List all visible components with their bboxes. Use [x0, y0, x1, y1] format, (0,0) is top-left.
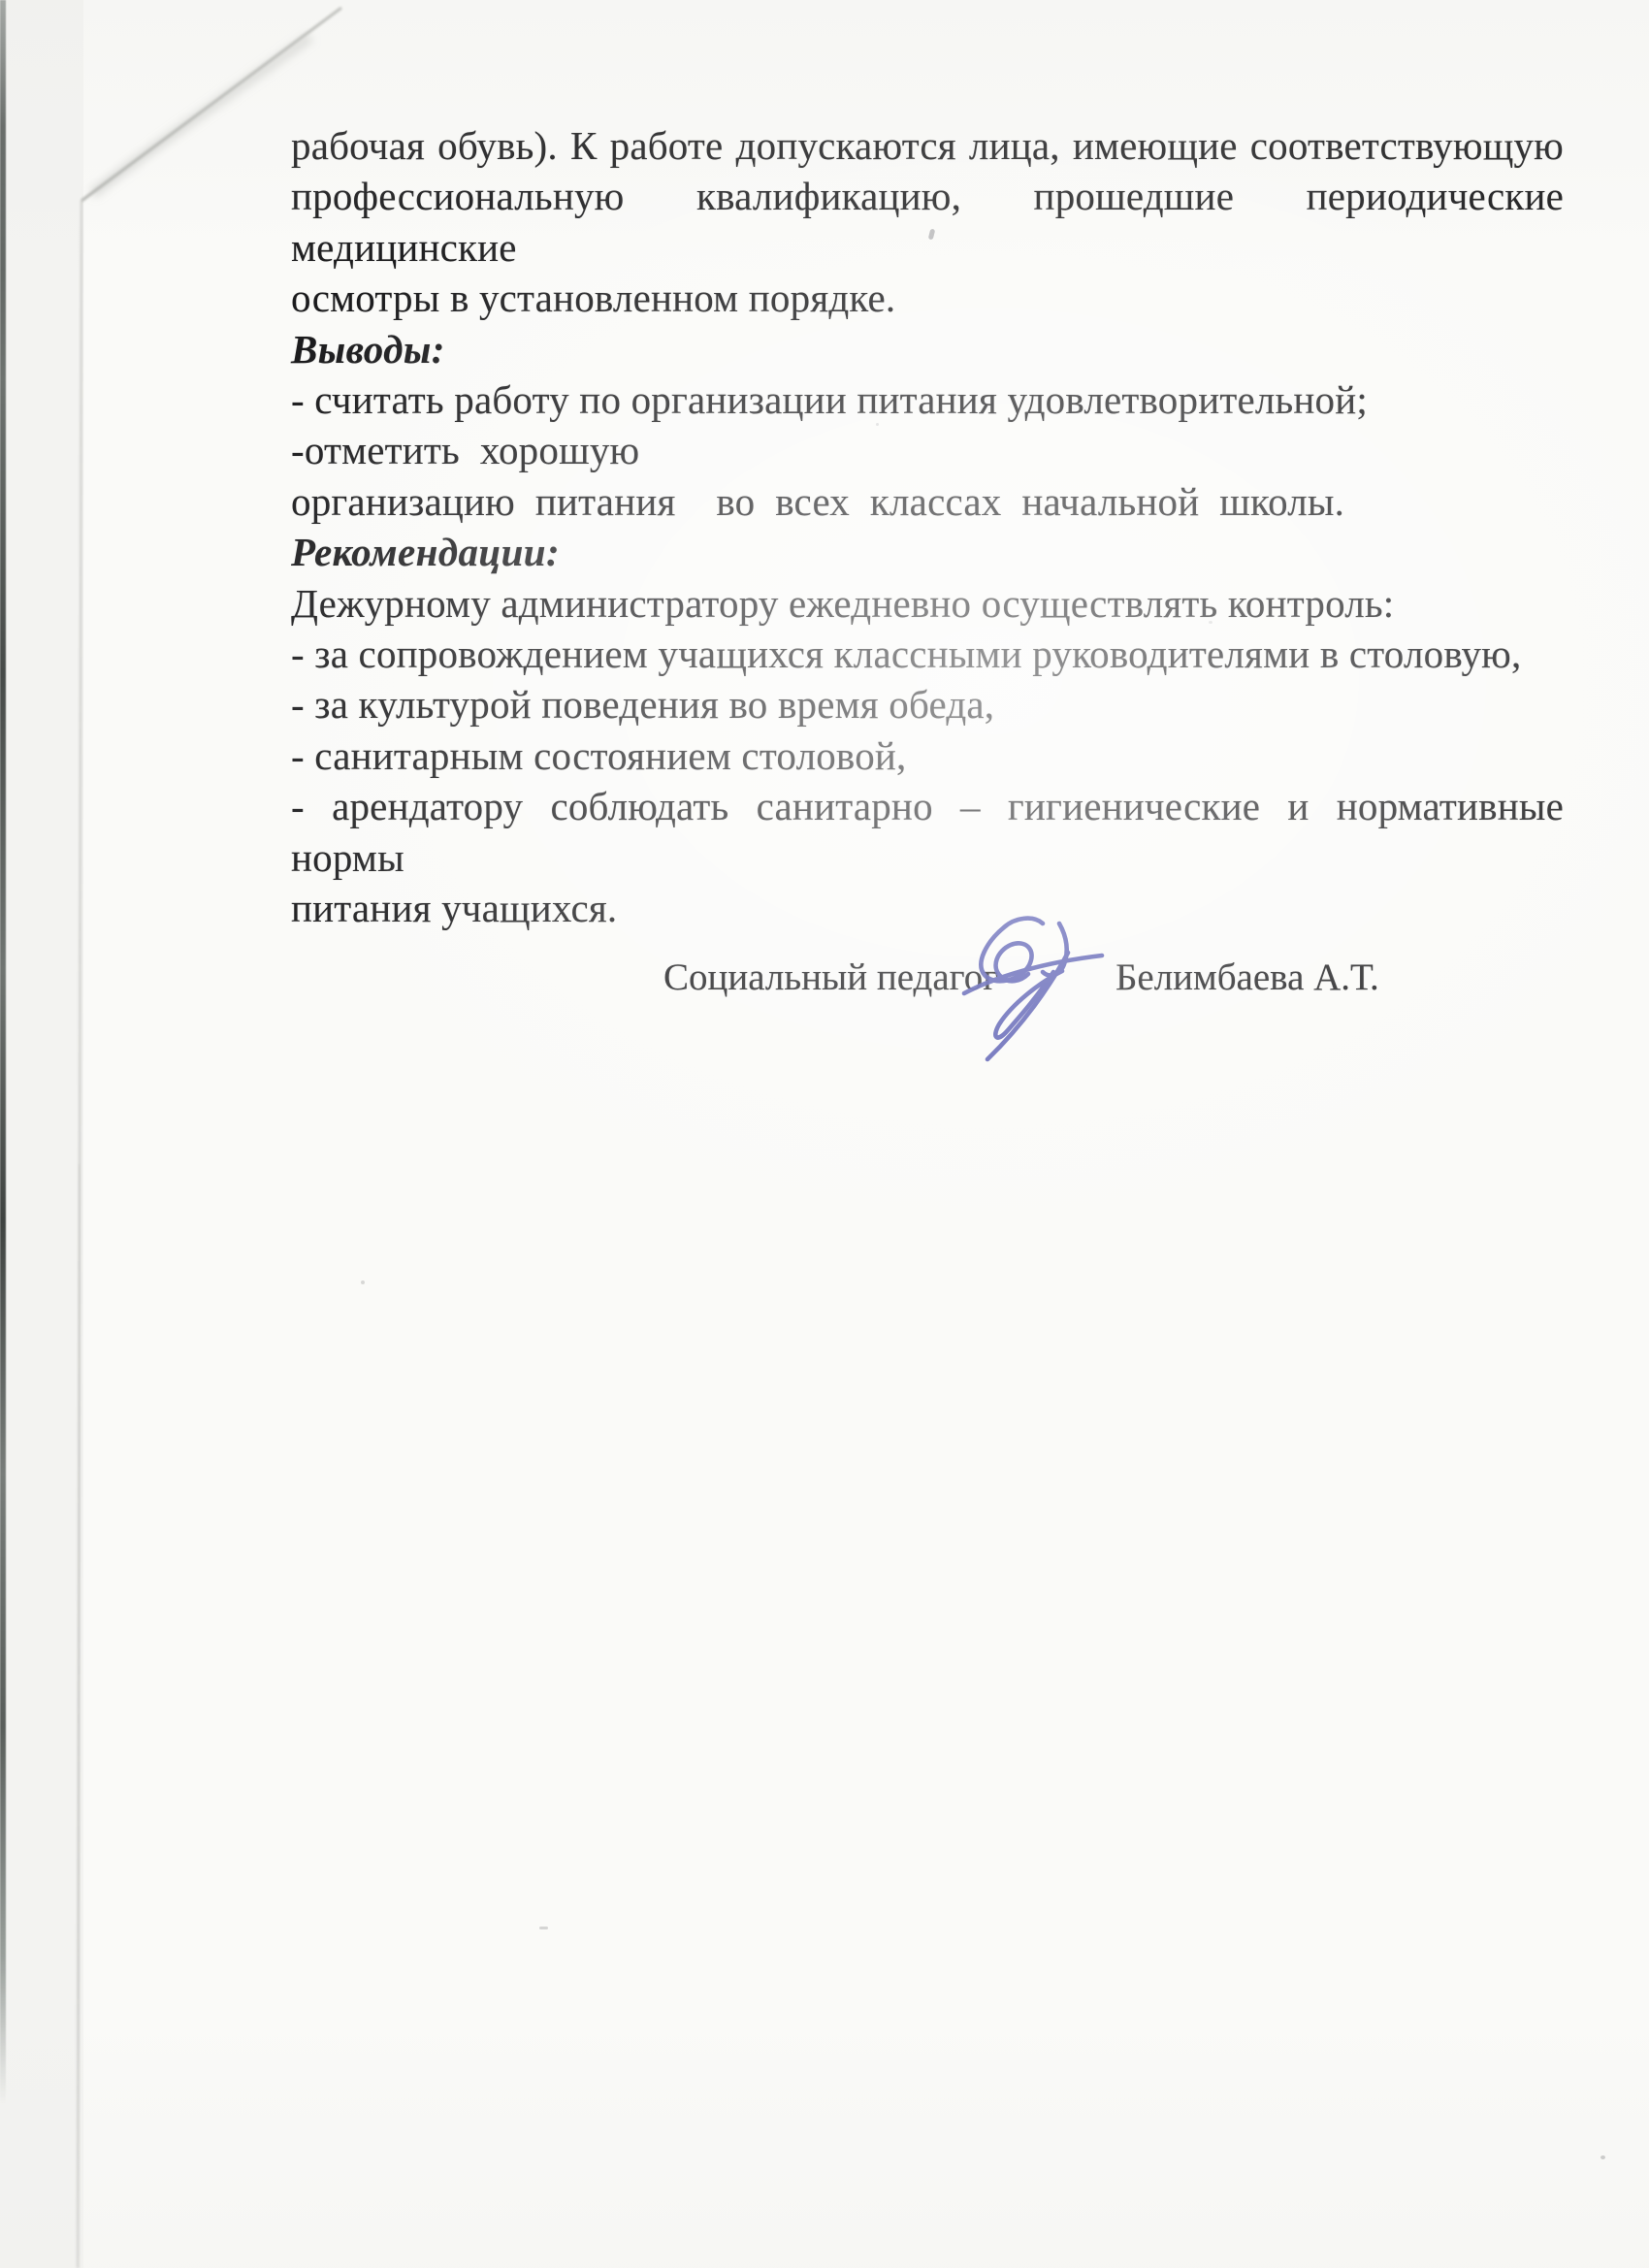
- scan-edge-strip: [0, 0, 6, 2105]
- text-line: осмотры в установленном порядке.: [291, 273, 1564, 323]
- text-line: - санитарным состоянием столовой,: [291, 730, 1564, 781]
- document-body: рабочая обувь). К работе допускаются лиц…: [291, 120, 1564, 934]
- text-line: - за сопровождением учащихся классными р…: [291, 629, 1564, 679]
- text-line: профессиональную квалификацию, прошедшие…: [291, 171, 1564, 273]
- text-line: Дежурному администратору ежедневно осуще…: [291, 578, 1564, 629]
- scan-corner-tint: [0, 0, 83, 2268]
- heading-recommendations: Рекомендации:: [291, 527, 1564, 577]
- text-line: питания учащихся.: [291, 883, 1564, 933]
- scan-speck: [1600, 2155, 1605, 2159]
- scan-speck: [361, 1280, 365, 1284]
- text-line: -отметить хорошую: [291, 425, 1564, 475]
- scan-speck: [539, 1927, 548, 1929]
- text-line: организацию питания во всех классах нача…: [291, 476, 1564, 527]
- heading-conclusions: Выводы:: [291, 324, 1564, 374]
- scanned-document-page: рабочая обувь). К работе допускаются лиц…: [0, 0, 1649, 2268]
- text-line: - арендатору соблюдать санитарно – гигие…: [291, 781, 1564, 883]
- signatory-name: Белимбаева А.Т.: [1115, 956, 1379, 1000]
- text-line: рабочая обувь). К работе допускаются лиц…: [291, 120, 1564, 171]
- handwritten-signature-icon: [939, 912, 1114, 1065]
- text-line: - считать работу по организации питания …: [291, 374, 1564, 425]
- text-line: - за культурой поведения во время обеда,: [291, 679, 1564, 729]
